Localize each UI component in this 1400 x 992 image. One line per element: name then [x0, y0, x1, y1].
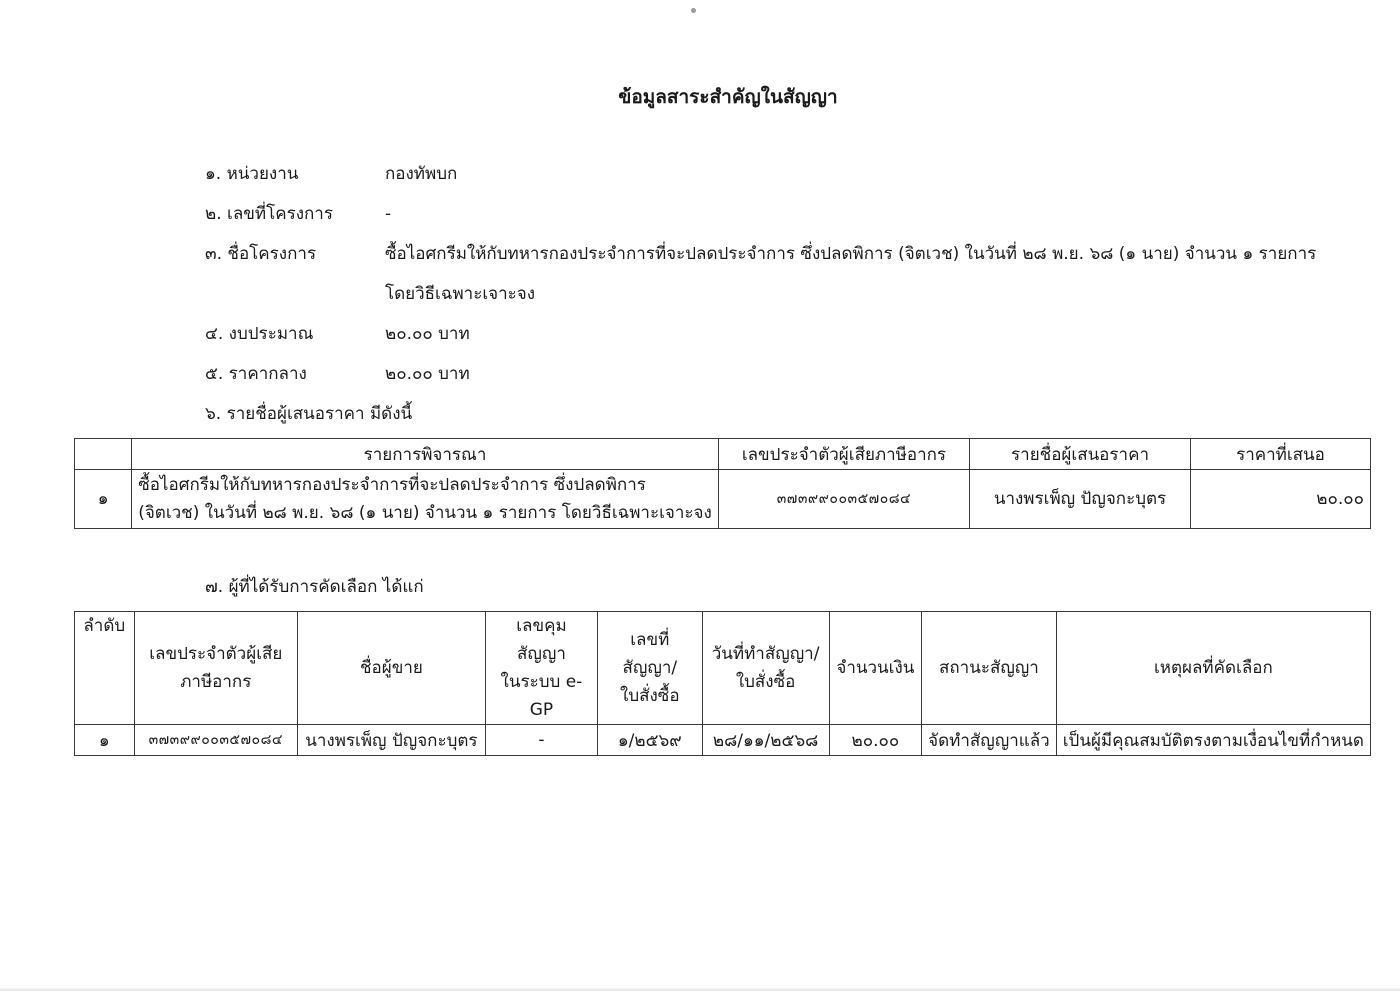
table-header-row: รายการพิจารณา เลขประจำตัวผู้เสียภาษีอากร… — [75, 439, 1371, 470]
section-heading: ๗. ผู้ที่ได้รับการคัดเลือก ได้แก่ — [205, 575, 424, 599]
table-row: ๑ ๓๗๓๙๙๐๐๓๕๗๐๘๔ นางพรเพ็ญ ปัญจกะบุตร - ๑… — [75, 725, 1371, 756]
field-label: ๓. ชื่อโครงการ — [205, 242, 316, 266]
header-egp-no: เลขคุมสัญญาในระบบ e-GP — [485, 612, 597, 725]
cell-amount: ๒๐.๐๐ — [829, 725, 921, 756]
cell-no: ๑ — [75, 470, 132, 529]
section-heading: ๖. รายชื่อผู้เสนอราคา มีดังนี้ — [205, 402, 412, 426]
header-reason: เหตุผลที่คัดเลือก — [1056, 612, 1370, 725]
header-text: ใบสั่งซื้อ — [604, 682, 695, 710]
header-tax-id: เลขประจำตัวผู้เสียภาษีอากร — [134, 612, 297, 725]
cell-status: จัดทำสัญญาแล้ว — [922, 725, 1057, 756]
cell-tax-id: ๓๗๓๙๙๐๐๓๕๗๐๘๔ — [718, 470, 969, 529]
field-label: ๔. งบประมาณ — [205, 322, 313, 346]
header-seller: ชื่อผู้ขาย — [298, 612, 486, 725]
header-price: ราคาที่เสนอ — [1190, 439, 1370, 470]
field-value-line2: โดยวิธีเฉพาะเจาะจง — [385, 282, 535, 306]
field-value: กองทัพบก — [385, 162, 457, 186]
header-contract-date: วันที่ทำสัญญา/ใบสั่งซื้อ — [702, 612, 829, 725]
table-row: ๑ ซื้อไอศกรีมให้กับทหารกองประจำการที่จะป… — [75, 470, 1371, 529]
page-title: ข้อมูลสาระสำคัญในสัญญา — [0, 82, 1400, 112]
cell-contract-no: ๑/๒๕๖๙ — [598, 725, 702, 756]
header-text: วันที่ทำสัญญา/ — [709, 640, 823, 668]
cell-bidder: นางพรเพ็ญ ปัญจกะบุตร — [970, 470, 1191, 529]
header-text: เลขที่สัญญา/ — [604, 626, 695, 682]
header-no — [75, 439, 132, 470]
cell-reason: เป็นผู้มีคุณสมบัติตรงตามเงื่อนไขที่กำหนด — [1056, 725, 1370, 756]
winners-table: ลำดับ เลขประจำตัวผู้เสียภาษีอากร ชื่อผู้… — [74, 611, 1371, 756]
header-text: สถานะสัญญา — [928, 654, 1050, 682]
header-text: เลขประจำตัวผู้เสีย — [141, 640, 291, 668]
item-line1: ซื้อไอศกรีมให้กับทหารกองประจำการที่จะปลด… — [138, 471, 712, 499]
item-line2: (จิตเวช) ในวันที่ ๒๘ พ.ย. ๖๘ (๑ นาย) จำน… — [138, 499, 712, 527]
header-text: ในระบบ e-GP — [492, 668, 591, 724]
cell-contract-date: ๒๘/๑๑/๒๕๖๘ — [702, 725, 829, 756]
table-header-row: ลำดับ เลขประจำตัวผู้เสียภาษีอากร ชื่อผู้… — [75, 612, 1371, 725]
field-value: ซื้อไอศกรีมให้กับทหารกองประจำการที่จะปลด… — [385, 242, 1316, 266]
field-label: ๕. ราคากลาง — [205, 362, 307, 386]
header-text: จำนวนเงิน — [836, 654, 915, 682]
header-text: ภาษีอากร — [141, 668, 291, 696]
cell-order: ๑ — [75, 725, 135, 756]
cell-egp-no: - — [485, 725, 597, 756]
header-text: เหตุผลที่คัดเลือก — [1063, 654, 1364, 682]
cell-tax-id: ๓๗๓๙๙๐๐๓๕๗๐๘๔ — [134, 725, 297, 756]
field-value: ๒๐.๐๐ บาท — [385, 362, 470, 386]
document-page: ข้อมูลสาระสำคัญในสัญญา ๑. หน่วยงาน กองทั… — [0, 0, 1400, 992]
field-value: - — [385, 202, 391, 226]
field-value: ๒๐.๐๐ บาท — [385, 322, 470, 346]
header-status: สถานะสัญญา — [922, 612, 1057, 725]
header-text: ชื่อผู้ขาย — [304, 654, 479, 682]
header-tax-id: เลขประจำตัวผู้เสียภาษีอากร — [718, 439, 969, 470]
header-order: ลำดับ — [75, 612, 135, 725]
scan-speck — [691, 8, 696, 13]
header-contract-no: เลขที่สัญญา/ใบสั่งซื้อ — [598, 612, 702, 725]
header-amount: จำนวนเงิน — [829, 612, 921, 725]
cell-item: ซื้อไอศกรีมให้กับทหารกองประจำการที่จะปลด… — [132, 470, 719, 529]
header-bidder: รายชื่อผู้เสนอราคา — [970, 439, 1191, 470]
field-label: ๒. เลขที่โครงการ — [205, 202, 333, 226]
header-item: รายการพิจารณา — [132, 439, 719, 470]
header-text: เลขคุมสัญญา — [492, 612, 591, 668]
header-text: ใบสั่งซื้อ — [709, 668, 823, 696]
field-label: ๑. หน่วยงาน — [205, 162, 298, 186]
cell-price: ๒๐.๐๐ — [1190, 470, 1370, 529]
scan-bottom-edge — [0, 988, 1400, 991]
header-text: ลำดับ — [81, 612, 128, 640]
bidders-table: รายการพิจารณา เลขประจำตัวผู้เสียภาษีอากร… — [74, 438, 1371, 529]
cell-seller: นางพรเพ็ญ ปัญจกะบุตร — [298, 725, 486, 756]
